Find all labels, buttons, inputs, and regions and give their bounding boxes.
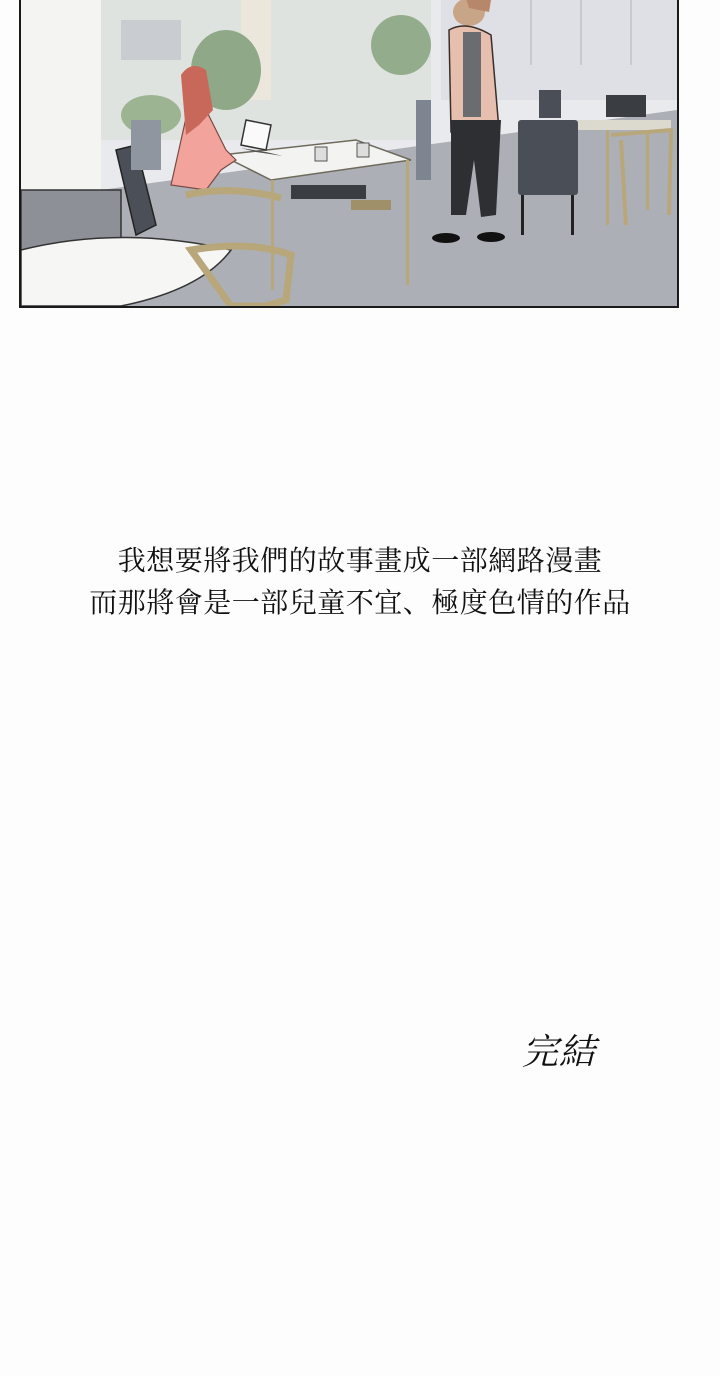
comic-panel <box>19 0 679 308</box>
ending-label: 完結 <box>522 1024 596 1075</box>
cafe-scene-illustration <box>21 0 677 306</box>
caption-line-2: 而那將會是一部兒童不宜、極度色情的作品 <box>0 582 720 624</box>
caption-line-1: 我想要將我們的故事畫成一部網路漫畫 <box>0 540 720 582</box>
dialogue-caption: 我想要將我們的故事畫成一部網路漫畫 而那將會是一部兒童不宜、極度色情的作品 <box>0 540 720 624</box>
